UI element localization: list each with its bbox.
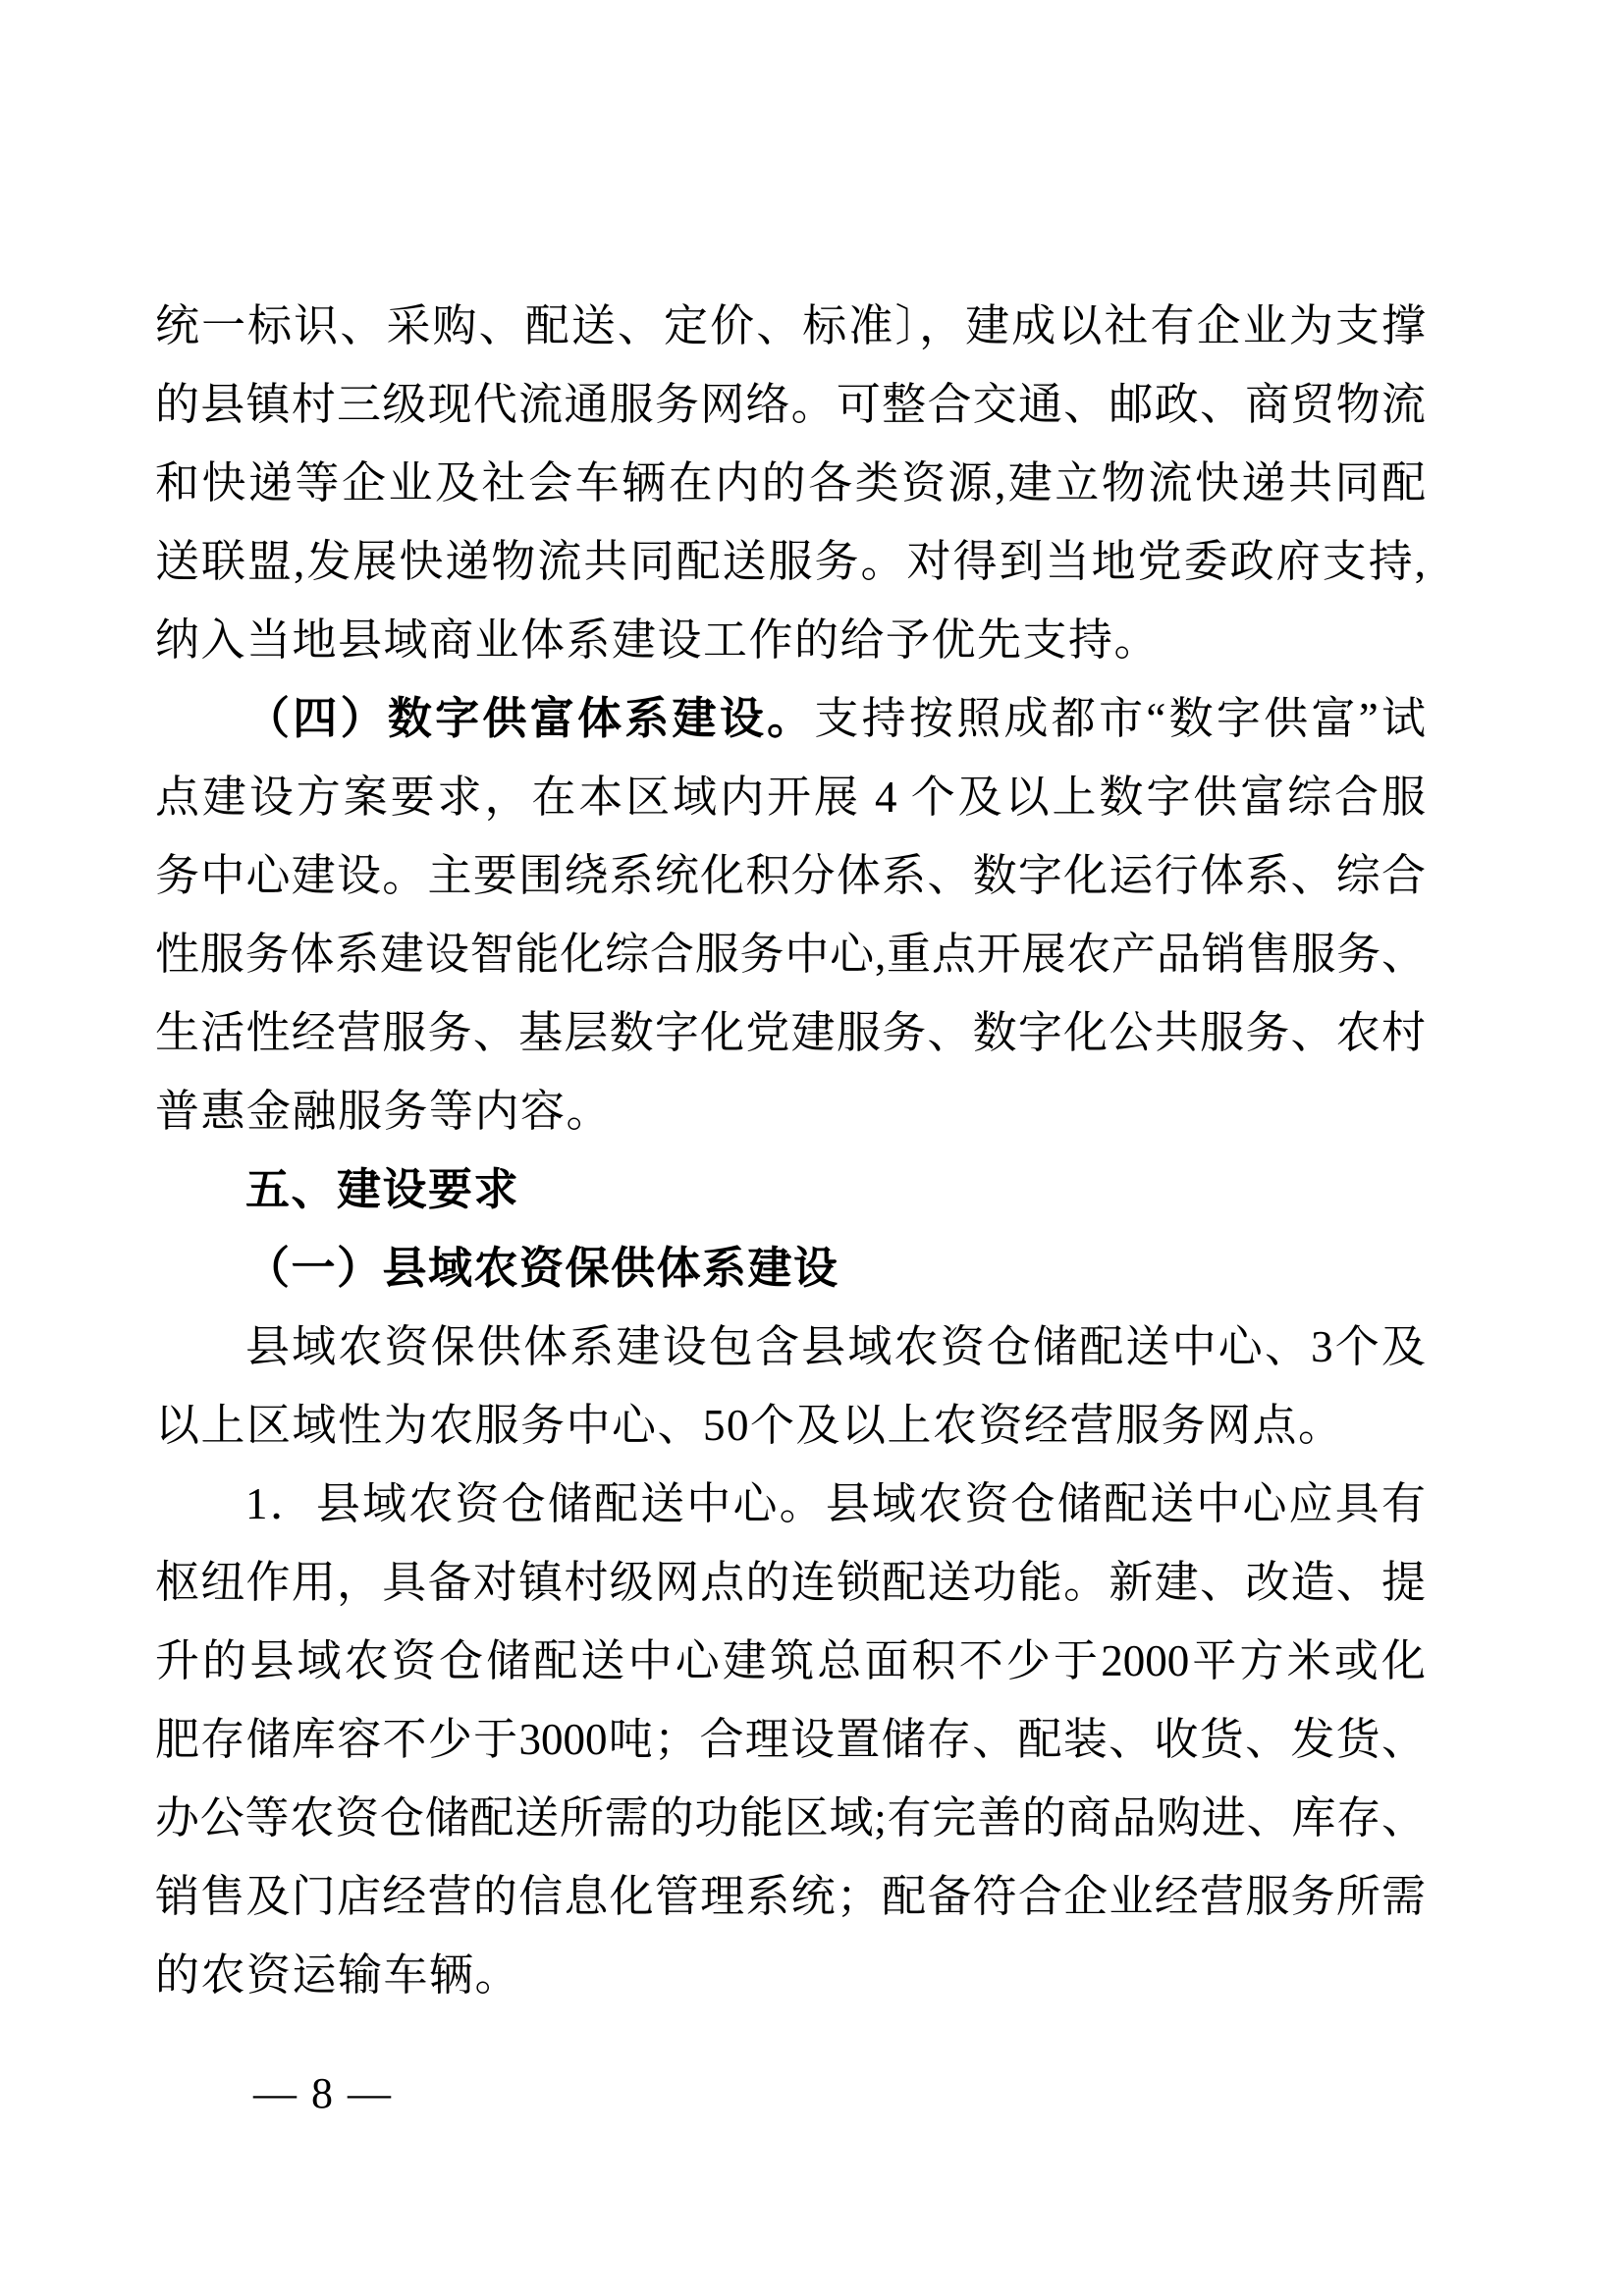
- document-page: 统一标识、采购、配送、定价、标准〕，建成以社有企业为支撑的县镇村三级现代流通服务…: [0, 0, 1623, 2296]
- text-line: 以上区域性为农服务中心、50个及以上农资经营服务网点。: [155, 1386, 1426, 1465]
- section-heading: 五、建设要求: [155, 1150, 1426, 1229]
- text-line: （四）数字供富体系建设。支持按照成都市“数字供富”试: [155, 679, 1426, 758]
- text-line: 的农资运输车辆。: [155, 1936, 1426, 2014]
- text-line: 和快递等企业及社会车辆在内的各类资源,建立物流快递共同配: [155, 444, 1426, 522]
- subsection-heading: （一）县域农资保供体系建设: [155, 1229, 1426, 1308]
- text-line: 1．县域农资仓储配送中心。县域农资仓储配送中心应具有: [155, 1465, 1426, 1543]
- text-line: 枢纽作用，具备对镇村级网点的连锁配送功能。新建、改造、提: [155, 1543, 1426, 1622]
- text-line: 生活性经营服务、基层数字化党建服务、数字化公共服务、农村: [155, 993, 1426, 1072]
- text-line: 办公等农资仓储配送所需的功能区域;有完善的商品购进、库存、: [155, 1779, 1426, 1857]
- text-line: 送联盟,发展快递物流共同配送服务。对得到当地党委政府支持,: [155, 522, 1426, 601]
- page-number: — 8 —: [253, 2064, 393, 2123]
- text-line: 普惠金融服务等内容。: [155, 1072, 1426, 1150]
- text-line: 点建设方案要求，在本区域内开展 4 个及以上数字供富综合服: [155, 758, 1426, 836]
- text-line: 销售及门店经营的信息化管理系统；配备符合企业经营服务所需: [155, 1857, 1426, 1936]
- paragraph-lead-heading: （四）数字供富体系建设。: [245, 694, 814, 743]
- text-line: 务中心建设。主要围绕系统化积分体系、数字化运行体系、综合: [155, 836, 1426, 915]
- text-line: 肥存储库容不少于3000吨；合理设置储存、配装、收货、发货、: [155, 1700, 1426, 1779]
- text-line: 的县镇村三级现代流通服务网络。可整合交通、邮政、商贸物流: [155, 365, 1426, 444]
- text-line: 县域农资保供体系建设包含县域农资仓储配送中心、3个及: [155, 1308, 1426, 1386]
- text-line: 统一标识、采购、配送、定价、标准〕，建成以社有企业为支撑: [155, 287, 1426, 365]
- document-body: 统一标识、采购、配送、定价、标准〕，建成以社有企业为支撑的县镇村三级现代流通服务…: [155, 287, 1426, 2014]
- text-line: 性服务体系建设智能化综合服务中心,重点开展农产品销售服务、: [155, 915, 1426, 993]
- text-line: 纳入当地县域商业体系建设工作的给予优先支持。: [155, 601, 1426, 679]
- text-segment: 支持按照成都市“数字供富”试: [814, 694, 1426, 743]
- text-line: 升的县域农资仓储配送中心建筑总面积不少于2000平方米或化: [155, 1622, 1426, 1700]
